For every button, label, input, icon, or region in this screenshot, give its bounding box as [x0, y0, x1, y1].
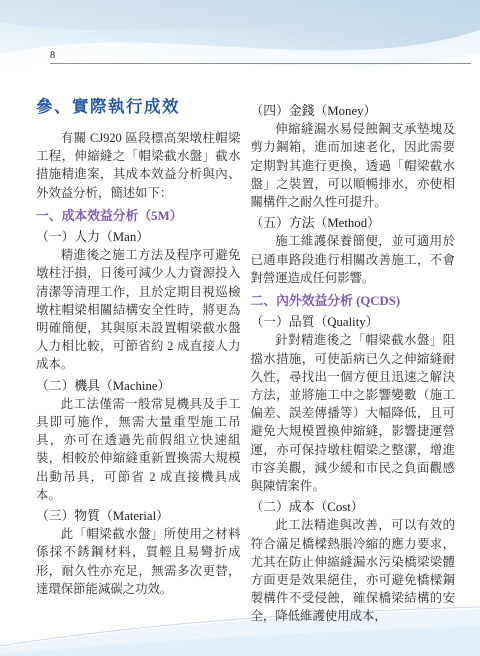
subsection-heading-method: （五）方法（Method） [251, 214, 456, 232]
right-column: （四）金錢（Money） 伸縮縫漏水易侵蝕鋼支承墊塊及剪力鋼箱，進而加速老化，因… [251, 96, 456, 622]
left-column: 參、實際執行成效 有關 CJ920 區段標高架墩柱帽梁工程，伸縮縫之「帽梁截水盤… [36, 96, 241, 622]
document-page: 8 參、實際執行成效 有關 CJ920 區段標高架墩柱帽梁工程，伸縮縫之「帽梁截… [0, 0, 480, 656]
content-columns: 參、實際執行成效 有關 CJ920 區段標高架墩柱帽梁工程，伸縮縫之「帽梁截水盤… [36, 96, 455, 622]
page-number: 8 [50, 49, 471, 62]
paragraph-quality: 針對精進後之「帽梁截水盤」阻擋水措施，可使詬病已久之伸縮縫耐久性，尋找出一個方便… [251, 331, 456, 495]
subsection-heading-money: （四）金錢（Money） [251, 102, 456, 120]
page-header: 8 [50, 49, 471, 64]
section-heading-qcds: 二、內外效益分析 (QCDS) [251, 292, 456, 310]
chapter-heading: 參、實際執行成效 [36, 96, 241, 118]
section-heading-cost-benefit-5m: 一、成本效益分析（5M） [36, 207, 241, 225]
subsection-heading-man: （一）人力（Man） [36, 228, 241, 246]
intro-paragraph: 有關 CJ920 區段標高架墩柱帽梁工程，伸縮縫之「帽梁截水盤」截水措施精進案，… [36, 129, 241, 202]
paragraph-material: 此「帽梁截水盤」所使用之材料係採不銹鋼材料，質輕且易彎折成形，耐久性亦充足，無需… [36, 525, 241, 598]
paragraph-cost: 此工法精進與改善，可以有效的符合滿足橋樑熱脹冷縮的應力要求，尤其在防止伸縮縫漏水… [251, 516, 456, 625]
subsection-heading-quality: （一）品質（Quality） [251, 313, 456, 331]
paragraph-machine: 此工法僅需一般常見機具及手工具即可施作，無需大量重型施工吊具，亦可在透過先前假組… [36, 395, 241, 504]
subsection-heading-material: （三）物質（Material） [36, 507, 241, 525]
top-wave-decoration [0, 0, 480, 95]
subsection-heading-cost: （二）成本（Cost） [251, 498, 456, 516]
paragraph-money: 伸縮縫漏水易侵蝕鋼支承墊塊及剪力鋼箱，進而加速老化，因此需要定期對其進行更換，透… [251, 120, 456, 211]
paragraph-man: 精進後之施工方法及程序可避免墩柱汙損，日後可減少人力資源投入清潔等清理工作，且於… [36, 246, 241, 373]
paragraph-method: 施工維護保養簡便，並可適用於已通車路段進行相關改善施工，不會對營運造成任何影響。 [251, 232, 456, 287]
subsection-heading-machine: （二）機具（Machine） [36, 377, 241, 395]
header-rule [50, 63, 471, 64]
